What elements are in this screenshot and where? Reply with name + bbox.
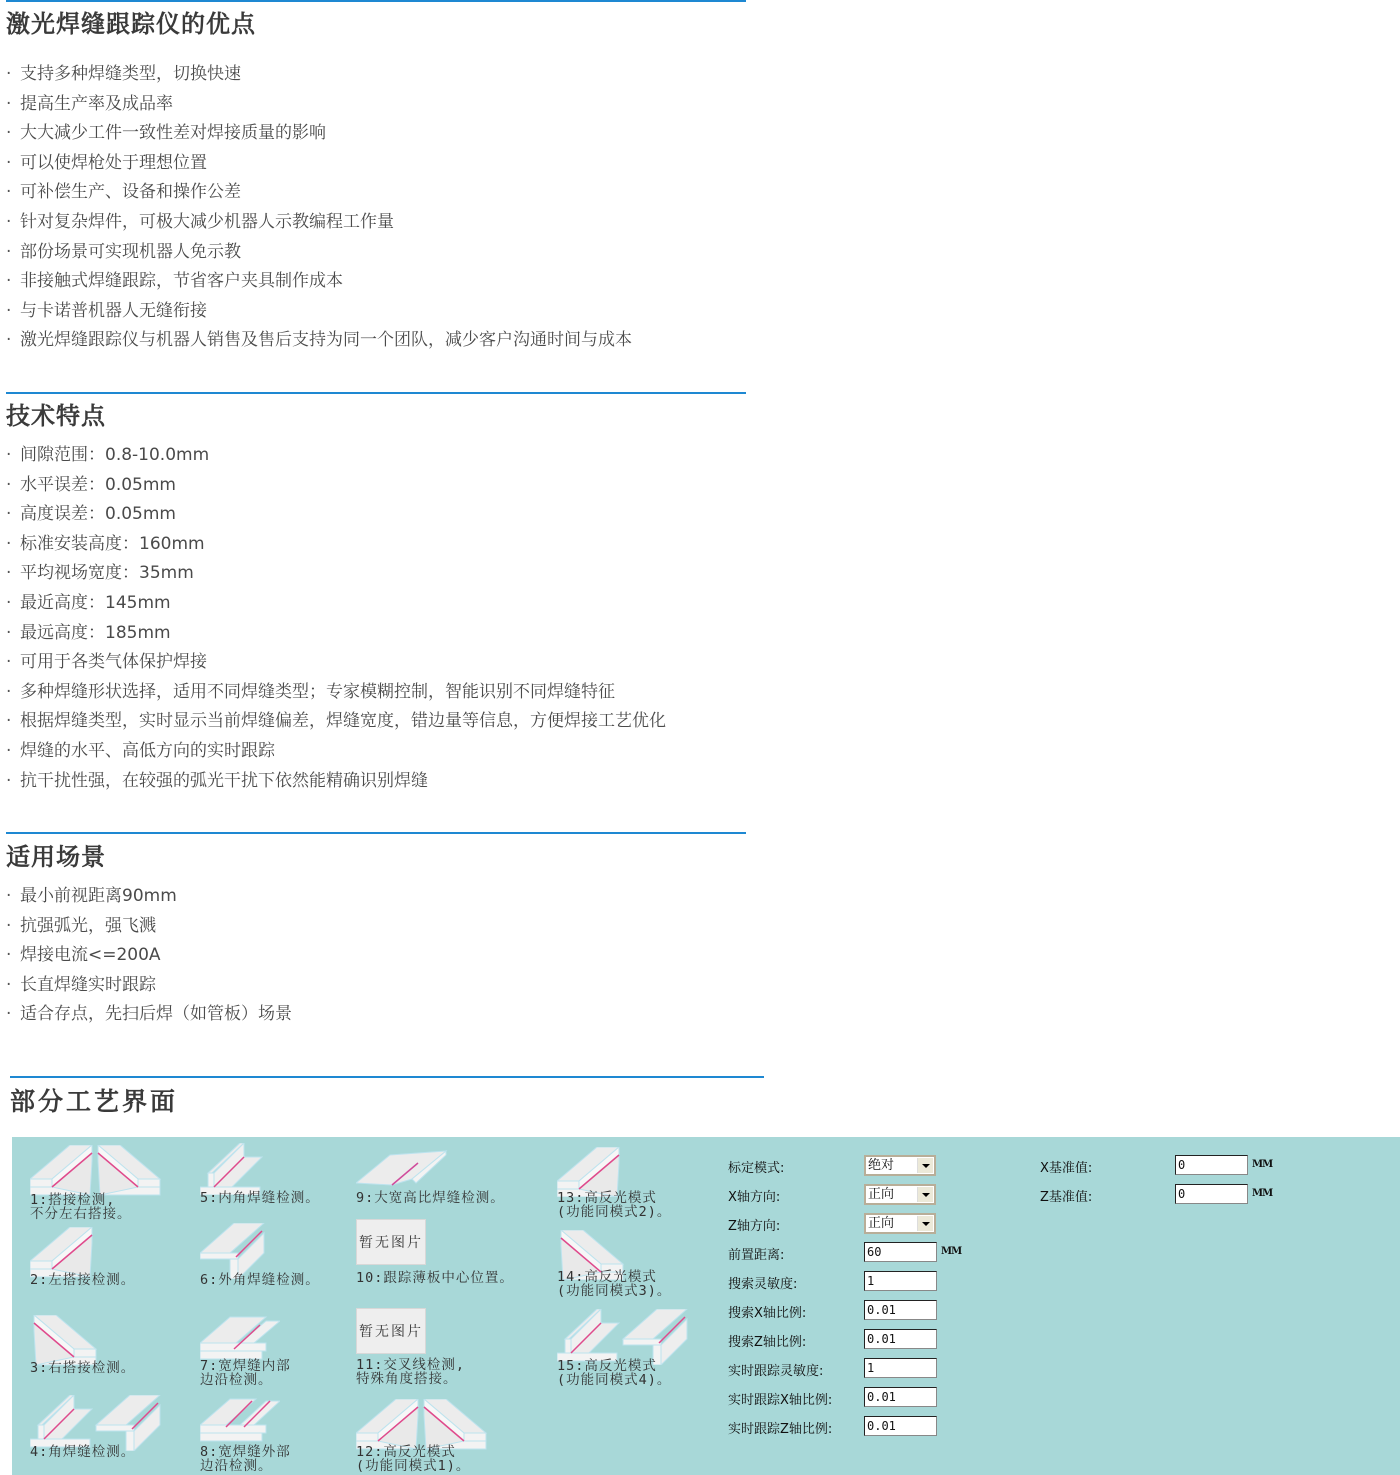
unit-label: MM (1252, 1159, 1272, 1170)
high-reflect-fillet-icon (557, 1309, 697, 1365)
no-image-placeholder: 暂无图片 (356, 1308, 426, 1354)
list-item: ·最远高度：185mm (6, 619, 746, 649)
wide-weld-outer-edge-icon (200, 1397, 280, 1449)
list-item: ·抗干扰性强，在较强的弧光干扰下依然能精确识别焊缝 (6, 767, 746, 797)
z-axis-direction-select[interactable]: 正向 (864, 1213, 936, 1234)
list-item: ·抗强弧光，强飞溅 (6, 912, 746, 942)
section-process-interface: 部分工艺界面 (10, 1076, 764, 1114)
list-item: ·最近高度：145mm (6, 589, 746, 619)
scenes-list: ·最小前视距离90mm ·抗强弧光，强飞溅 ·焊接电流<=200A ·长直焊缝实… (6, 882, 746, 1030)
search-z-ratio-input[interactable]: 0.01 (864, 1329, 937, 1349)
section-tech-features: 技术特点 ·间隙范围：0.8-10.0mm ·水平误差：0.05mm ·高度误差… (6, 392, 746, 796)
weld-tracking-software-panel: 1:搭接检测, 不分左右搭接。 2:左搭接检测。 3:右搭接检测。 4:角焊缝检… (12, 1137, 1400, 1475)
search-sensitivity-input[interactable]: 1 (864, 1271, 937, 1291)
section-title: 部分工艺界面 (10, 1089, 764, 1114)
unit-label: MM (1252, 1188, 1272, 1199)
list-item: ·焊缝的水平、高低方向的实时跟踪 (6, 737, 746, 767)
list-item: ·激光焊缝跟踪仪与机器人销售及售后支持为同一个团队，减少客户沟通时间与成本 (6, 326, 746, 356)
list-item: ·提高生产率及成品率 (6, 90, 746, 120)
lead-distance-input[interactable]: 60 (864, 1242, 937, 1262)
tech-list: ·间隙范围：0.8-10.0mm ·水平误差：0.05mm ·高度误差：0.05… (6, 441, 746, 796)
chevron-down-icon[interactable] (917, 1216, 933, 1231)
x-axis-direction-select[interactable]: 正向 (864, 1184, 936, 1205)
section-application-scenes: 适用场景 ·最小前视距离90mm ·抗强弧光，强飞溅 ·焊接电流<=200A ·… (6, 832, 746, 1030)
section-divider (6, 392, 746, 394)
advantages-list: ·支持多种焊缝类型，切换快速 ·提高生产率及成品率 ·大大减少工件一致性差对焊接… (6, 60, 746, 356)
list-item: ·焊接电流<=200A (6, 941, 746, 971)
section-title: 激光焊缝跟踪仪的优点 (6, 12, 746, 36)
inner-corner-weld-icon (200, 1143, 270, 1195)
section-advantages: 激光焊缝跟踪仪的优点 ·支持多种焊缝类型，切换快速 ·提高生产率及成品率 ·大大… (6, 0, 746, 356)
list-item: ·水平误差：0.05mm (6, 471, 746, 501)
list-item: ·多种焊缝形状选择，适用不同焊缝类型；专家模糊控制，智能识别不同焊缝特征 (6, 678, 746, 708)
calibration-mode-select[interactable]: 绝对 (864, 1155, 936, 1176)
section-divider (6, 0, 746, 2)
list-item: ·高度误差：0.05mm (6, 500, 746, 530)
section-title: 技术特点 (6, 404, 746, 428)
list-item: ·标准安装高度：160mm (6, 530, 746, 560)
list-item: ·可以使焊枪处于理想位置 (6, 149, 746, 179)
list-item: ·可补偿生产、设备和操作公差 (6, 178, 746, 208)
list-item: ·长直焊缝实时跟踪 (6, 971, 746, 1001)
list-item: ·支持多种焊缝类型，切换快速 (6, 60, 746, 90)
section-divider (10, 1076, 764, 1078)
high-aspect-weld-icon (356, 1149, 452, 1193)
chevron-down-icon[interactable] (917, 1158, 933, 1173)
list-item: ·适合存点，先扫后焊（如管板）场景 (6, 1000, 746, 1030)
fillet-weld-icon (30, 1395, 170, 1451)
outer-corner-weld-icon (200, 1223, 270, 1279)
no-image-placeholder: 暂无图片 (356, 1219, 426, 1265)
list-item: ·间隙范围：0.8-10.0mm (6, 441, 746, 471)
list-item: ·根据焊缝类型，实时显示当前焊缝偏差，焊缝宽度，错边量等信息，方便焊接工艺优化 (6, 707, 746, 737)
tracking-z-ratio-input[interactable]: 0.01 (864, 1416, 937, 1436)
list-item: ·非接触式焊缝跟踪，节省客户夹具制作成本 (6, 267, 746, 297)
z-base-value-input[interactable]: 0 (1175, 1184, 1248, 1204)
list-item: ·与卡诺普机器人无缝衔接 (6, 297, 746, 327)
section-divider (6, 832, 746, 834)
list-item: ·最小前视距离90mm (6, 882, 746, 912)
x-base-value-input[interactable]: 0 (1175, 1155, 1248, 1175)
list-item: ·部份场景可实现机器人免示教 (6, 238, 746, 268)
lap-weld-both-icon (30, 1145, 170, 1197)
list-item: ·平均视场宽度：35mm (6, 559, 746, 589)
list-item: ·可用于各类气体保护焊接 (6, 648, 746, 678)
list-item: ·针对复杂焊件，可极大减少机器人示教编程工作量 (6, 208, 746, 238)
section-title: 适用场景 (6, 845, 746, 869)
unit-label: MM (941, 1246, 961, 1257)
tracking-x-ratio-input[interactable]: 0.01 (864, 1387, 937, 1407)
chevron-down-icon[interactable] (917, 1187, 933, 1202)
list-item: ·大大减少工件一致性差对焊接质量的影响 (6, 119, 746, 149)
search-x-ratio-input[interactable]: 0.01 (864, 1300, 937, 1320)
tracking-sensitivity-input[interactable]: 1 (864, 1358, 937, 1378)
